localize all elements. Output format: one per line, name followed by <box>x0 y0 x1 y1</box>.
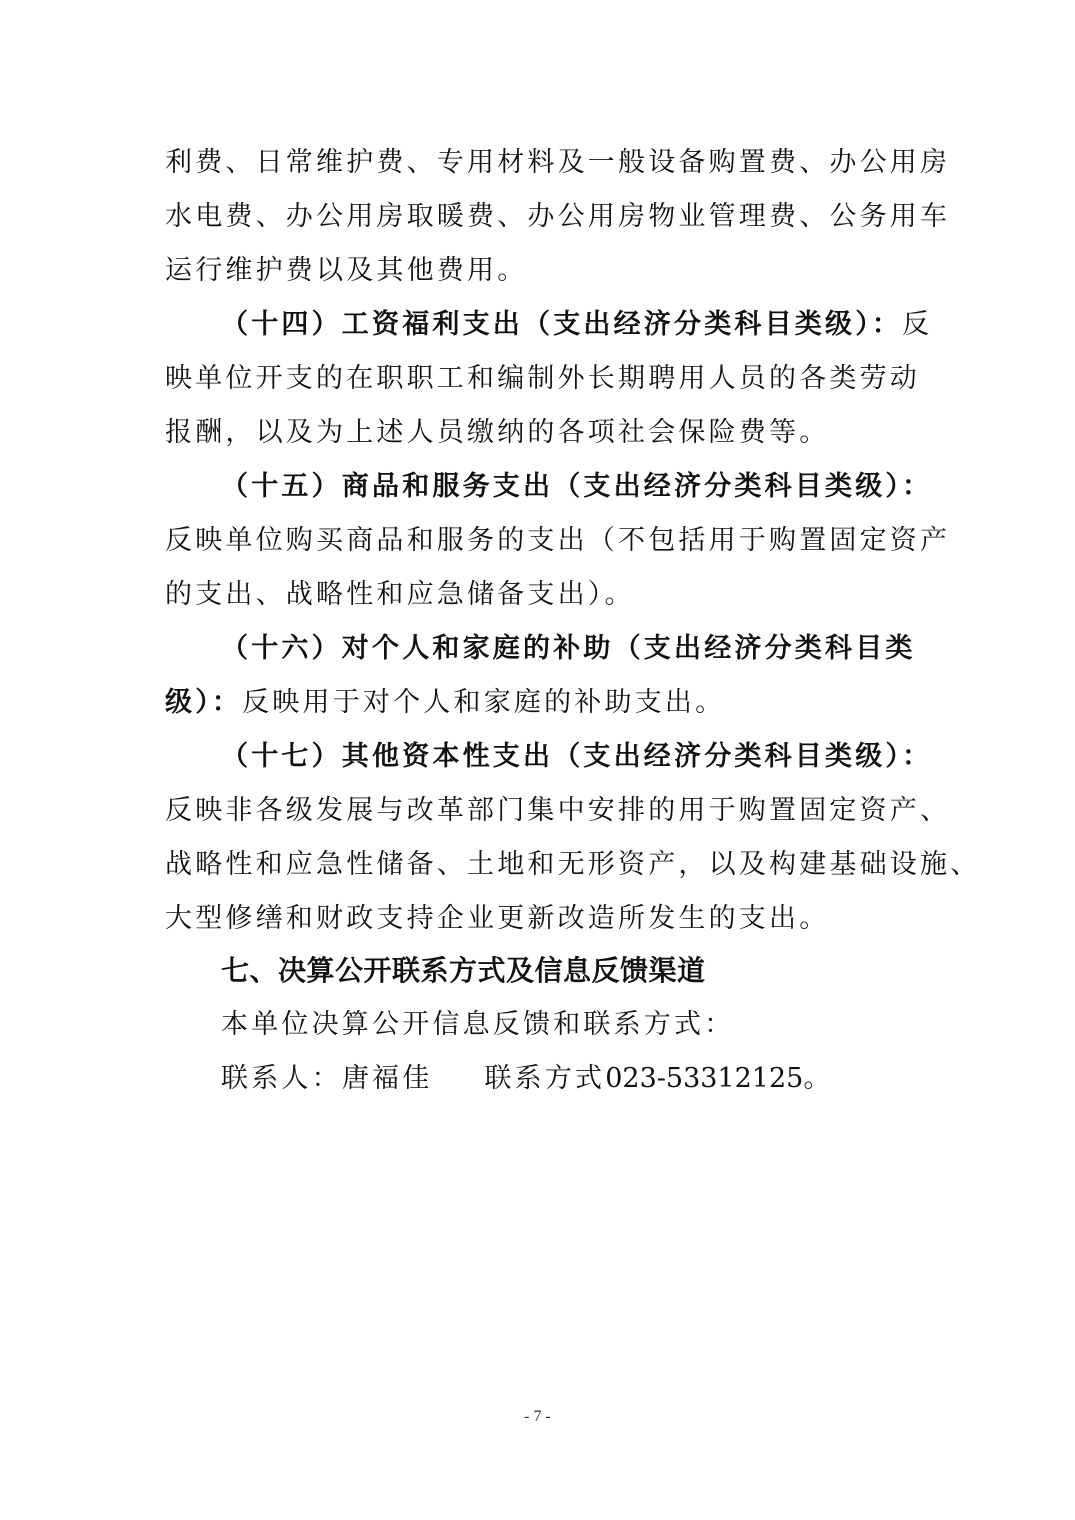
definition-text: 反映用于对个人和家庭的补助支出。 <box>242 687 725 718</box>
definition-term: （十五）商品和服务支出（支出经济分类科目类级）： <box>221 460 971 514</box>
paragraph-line: 映单位开支的在职职工和编制外长期聘用人员的各类劳动 <box>165 352 915 406</box>
phone-number: 023-53312125。 <box>605 1063 830 1094</box>
paragraph-line: 反映单位购买商品和服务的支出（不包括用于购置固定资产 <box>165 514 915 568</box>
section-heading: 七、决算公开联系方式及信息反馈渠道 <box>221 944 971 998</box>
definition-term: （十四）工资福利支出（支出经济分类科目类级）： <box>221 309 902 340</box>
definition-item-14: （十四）工资福利支出（支出经济分类科目类级）：反 <box>221 298 971 352</box>
paragraph-line: 运行维护费以及其他费用。 <box>165 244 915 298</box>
definition-text: 反 <box>902 309 932 340</box>
definition-term: （十七）其他资本性支出（支出经济分类科目类级）： <box>221 730 971 784</box>
paragraph-line: 大型修缮和财政支持企业更新改造所发生的支出。 <box>165 892 915 946</box>
definition-item-16: 级）：反映用于对个人和家庭的补助支出。 <box>165 676 915 730</box>
phone-label: 联系方式 <box>484 1063 605 1094</box>
definition-term: 级）： <box>165 687 242 718</box>
definition-term: （十六）对个人和家庭的补助（支出经济分类科目类 <box>221 622 971 676</box>
paragraph-line: 报酬，以及为上述人员缴纳的各项社会保险费等。 <box>165 406 915 460</box>
contact-label: 联系人： <box>221 1063 342 1094</box>
paragraph-line: 反映非各级发展与改革部门集中安排的用于购置固定资产、 <box>165 784 915 838</box>
contact-line: 联系人：唐福佳联系方式023-53312125。 <box>221 1052 971 1106</box>
paragraph-line: 水电费、办公用房取暖费、办公用房物业管理费、公务用车 <box>165 190 915 244</box>
contact-name: 唐福佳 <box>342 1063 433 1094</box>
document-page: 利费、日常维护费、专用材料及一般设备购置费、办公用房 水电费、办公用房取暖费、办… <box>0 0 1075 1520</box>
paragraph-line: 战略性和应急性储备、土地和无形资产，以及构建基础设施、 <box>165 838 915 892</box>
paragraph-line: 的支出、战略性和应急储备支出）。 <box>165 568 915 622</box>
page-number: - 7 - <box>0 1408 1075 1426</box>
section-intro: 本单位决算公开信息反馈和联系方式： <box>221 998 971 1052</box>
paragraph-line: 利费、日常维护费、专用材料及一般设备购置费、办公用房 <box>165 136 915 190</box>
